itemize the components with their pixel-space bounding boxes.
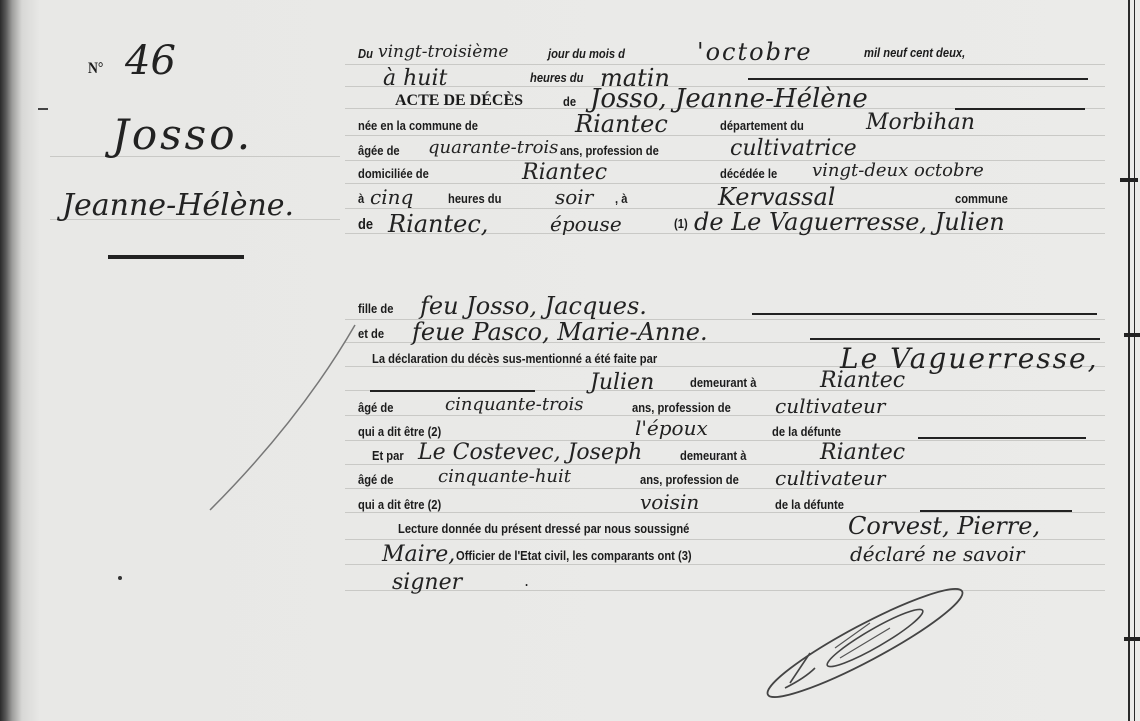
mayor-signature <box>760 588 970 703</box>
l16-printed: âgé de <box>358 472 393 487</box>
mother-name: feue Pasco, Marie-Anne. <box>412 318 708 346</box>
l14-printed-b: de la défunte <box>772 424 841 439</box>
department: Morbihan <box>866 110 975 135</box>
crossing-stroke <box>200 320 360 520</box>
l18-printed: Lecture donnée du présent dressé par nou… <box>398 521 689 536</box>
margin-given-names: Jeanne-Hélène. <box>62 188 294 223</box>
l11-printed: La déclaration du décès sus-mentionné a … <box>372 351 657 366</box>
father-name: feu Josso, Jacques. <box>420 292 647 320</box>
stray-mark <box>118 576 122 580</box>
l19-printed: Officier de l'Etat civil, les comparants… <box>456 548 692 563</box>
declarant1-residence: Riantec <box>820 368 905 393</box>
profession: cultivatrice <box>730 136 857 161</box>
l15-printed: Et par <box>372 448 404 463</box>
l1-printed-b: jour du mois d <box>548 46 625 61</box>
l7-printed-d: commune <box>955 191 1008 206</box>
l8-printed: de <box>358 216 373 233</box>
margin-surname: Josso. <box>112 110 253 159</box>
l13-printed-b: ans, profession de <box>632 400 731 415</box>
l7-printed-b: heures du <box>448 191 501 206</box>
declarant1-age: cinquante-trois <box>445 394 584 415</box>
birthplace: Riantec <box>575 110 668 138</box>
l5-printed: âgée de <box>358 143 400 158</box>
l7-printed-c: , à <box>615 191 627 206</box>
sign-word: signer <box>392 570 462 595</box>
l2-printed: heures du <box>530 70 583 85</box>
l20-period: . <box>525 574 528 589</box>
l3-printed: de <box>563 94 576 109</box>
l4-printed-b: département du <box>720 118 804 133</box>
mayor-name: Corvest, Pierre, <box>848 512 1040 540</box>
age: quarante-trois <box>428 137 558 158</box>
death-period: soir <box>555 185 593 209</box>
l1-printed: Du <box>358 46 373 61</box>
l16-printed-b: ans, profession de <box>640 472 739 487</box>
l12-printed: demeurant à <box>690 375 756 390</box>
l17-printed-b: de la défunte <box>775 497 844 512</box>
l14-printed: qui a dit être (2) <box>358 424 441 439</box>
l9-fill-line <box>752 313 1097 315</box>
declarant2-residence: Riantec <box>820 440 905 465</box>
declarant2-name: Le Costevec, Joseph <box>418 440 642 465</box>
document-title: ACTE DE DÉCÈS <box>395 92 523 110</box>
declarant2-relation: voisin <box>640 490 699 514</box>
declarant2-profession: cultivateur <box>775 466 885 490</box>
margin-border-line <box>1128 0 1130 721</box>
death-place: Kervassal <box>718 183 835 211</box>
l14-fill-line <box>918 437 1086 439</box>
mayor-title: Maire, <box>382 542 455 567</box>
marital-status: épouse <box>550 212 622 236</box>
l13-printed: âgé de <box>358 400 393 415</box>
l1-month: 'octobre <box>697 38 813 66</box>
residence: Riantec <box>522 160 607 185</box>
l1-day: vingt-troisième <box>378 42 508 62</box>
entry-number-label: N° <box>88 60 103 78</box>
margin-tick <box>1120 178 1138 182</box>
l8-note: (1) <box>674 216 688 231</box>
l5-printed-b: ans, profession de <box>560 143 659 158</box>
l2-fill-line <box>748 78 1088 80</box>
stray-mark <box>38 108 48 110</box>
declarant2-age: cinquante-huit <box>438 466 571 487</box>
l10-fill-line <box>810 338 1100 340</box>
l7-printed: à <box>358 191 364 206</box>
l17-printed: qui a dit être (2) <box>358 497 441 512</box>
margin-underline <box>108 255 244 259</box>
l2-hour: à huit <box>383 66 447 91</box>
l10-printed: et de <box>358 326 384 341</box>
l12-lead-line <box>370 390 535 392</box>
l9-printed: fille de <box>358 301 393 316</box>
declarant1-relation: l'époux <box>635 416 708 440</box>
signing-declaration: déclaré ne savoir <box>850 542 1024 566</box>
l6-printed: domiciliée de <box>358 166 429 181</box>
margin-tick <box>1124 333 1140 337</box>
death-hour: cinq <box>370 185 413 209</box>
declarant1-given-name: Julien <box>590 370 654 395</box>
margin-border-line <box>1134 0 1135 721</box>
register-page: N° 46 Josso. Jeanne-Hélène. Du vingt-tro… <box>0 0 1140 721</box>
declarant1-profession: cultivateur <box>775 394 885 418</box>
spouse-name: de Le Vaguerresse, Julien <box>694 208 1005 236</box>
l15-printed-b: demeurant à <box>680 448 746 463</box>
entry-number: 46 <box>125 38 176 84</box>
margin-tick <box>1124 637 1140 641</box>
death-date: vingt-deux octobre <box>812 160 984 181</box>
l4-printed: née en la commune de <box>358 118 478 133</box>
l1-year: mil neuf cent deux, <box>864 45 965 60</box>
death-commune: Riantec, <box>388 210 488 238</box>
l6-printed-b: décédée le <box>720 166 777 181</box>
